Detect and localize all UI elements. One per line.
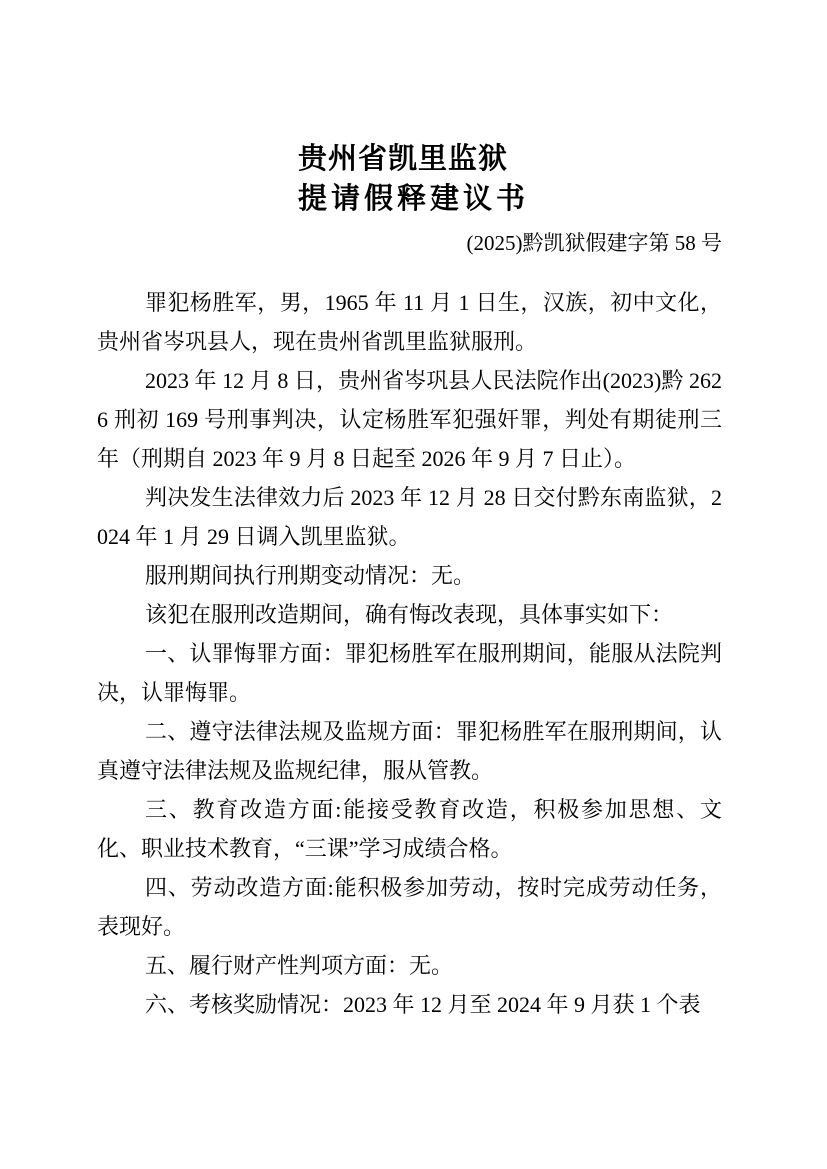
document-number: (2025)黔凯狱假建字第 58 号 [467,231,723,255]
document-title-line-1: 贵州省凯里监狱 [298,139,529,179]
paragraph-item-2: 二、遵守法律法规及监规方面：罪犯杨胜军在服刑期间，认真遵守法律法规及监规纪律，服… [97,712,722,790]
paragraph-item-3: 三、教育改造方面:能接受教育改造，积极参加思想、文化、职业技术教育，“三课”学习… [97,790,722,868]
paragraph-basic-info: 罪犯杨胜军，男，1965 年 11 月 1 日生，汉族，初中文化，贵州省岑巩县人… [97,283,722,361]
document-body: 罪犯杨胜军，男，1965 年 11 月 1 日生，汉族，初中文化，贵州省岑巩县人… [97,283,722,1024]
paragraph-transfer: 判决发生法律效力后 2023 年 12 月 28 日交付黔东南监狱，2024 年… [97,478,722,556]
paragraph-judgment: 2023 年 12 月 8 日，贵州省岑巩县人民法院作出(2023)黔 2626… [97,361,722,478]
document-title-line-2: 提请假释建议书 [298,179,529,219]
document-title: 贵州省凯里监狱 提请假释建议书 [298,139,529,219]
paragraph-item-5: 五、履行财产性判项方面：无。 [97,946,722,985]
paragraph-performance-intro: 该犯在服刑改造期间，确有悔改表现，具体事实如下： [97,595,722,634]
paragraph-term-change: 服刑期间执行刑期变动情况：无。 [97,556,722,595]
paragraph-item-1: 一、认罪悔罪方面：罪犯杨胜军在服刑期间，能服从法院判决，认罪悔罪。 [97,634,722,712]
paragraph-item-6: 六、考核奖励情况：2023 年 12 月至 2024 年 9 月获 1 个表 [97,985,722,1024]
paragraph-item-4: 四、劳动改造方面:能积极参加劳动，按时完成劳动任务，表现好。 [97,868,722,946]
document-page: 贵州省凯里监狱 提请假释建议书 (2025)黔凯狱假建字第 58 号 罪犯杨胜军… [0,0,827,1169]
